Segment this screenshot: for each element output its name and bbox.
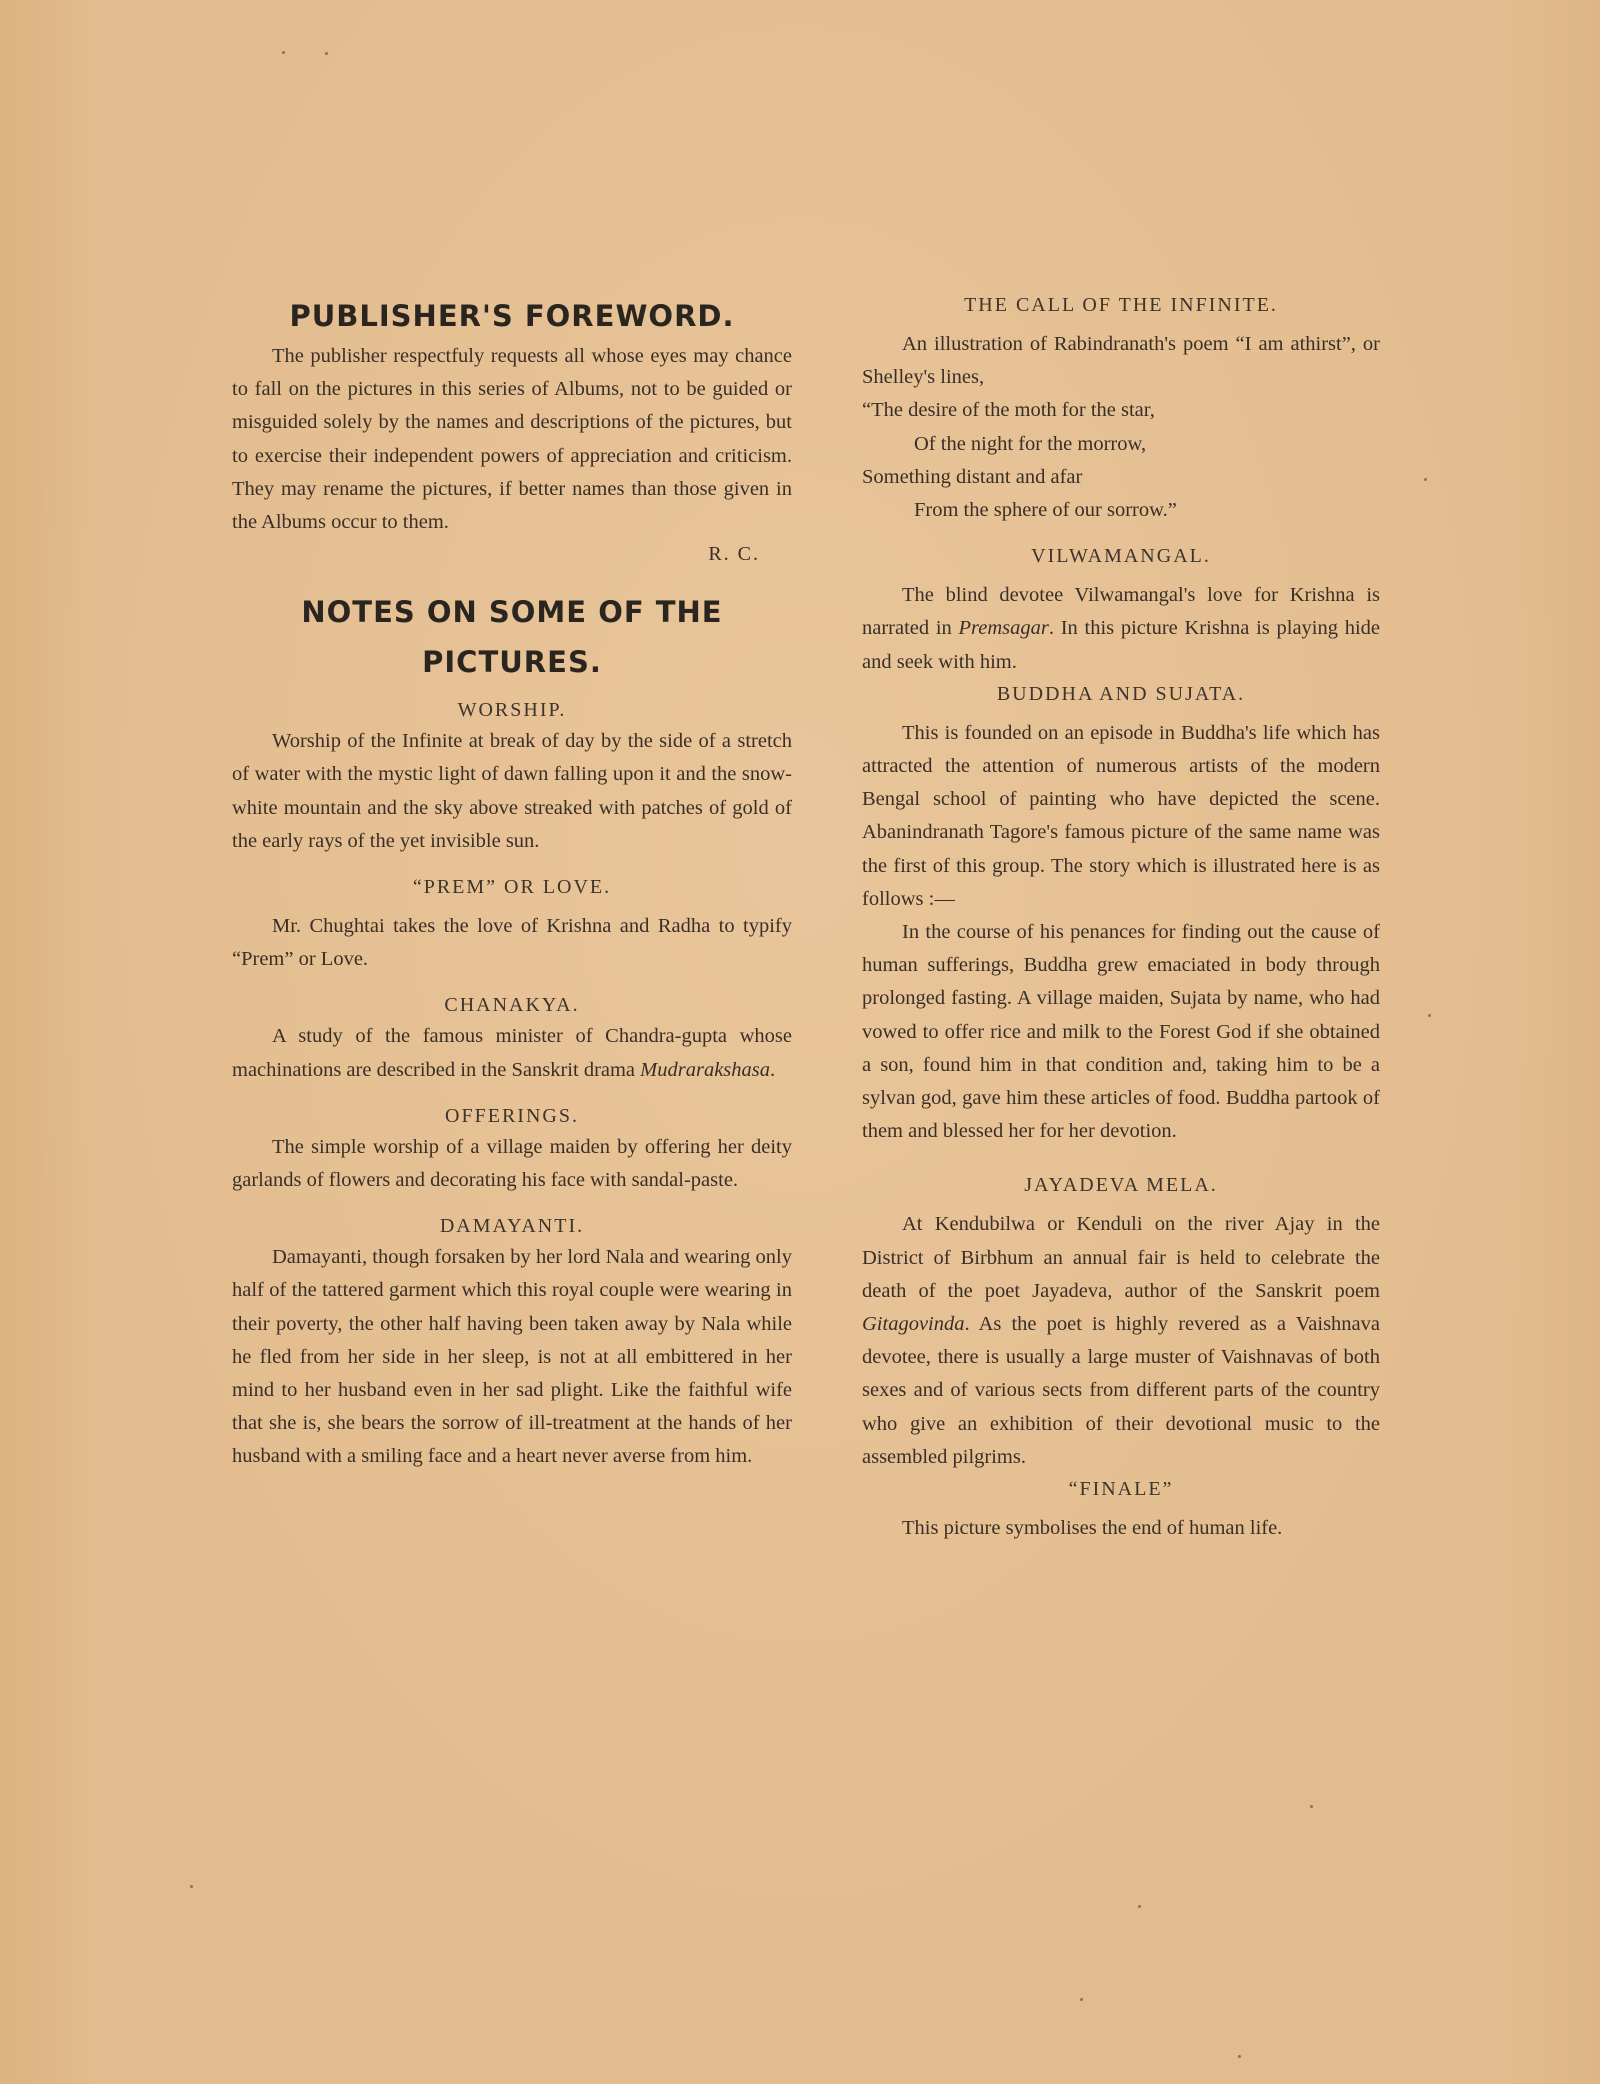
- poem-line: From the sphere of our sorrow.”: [862, 494, 1380, 527]
- section-text-prem: Mr. Chughtai takes the love of Krishna a…: [232, 910, 792, 976]
- section-text-buddha-2: In the course of his penances for findin…: [862, 916, 1380, 1148]
- italic-title: Gitagovinda: [862, 1313, 965, 1335]
- section-text-call: An illustration of Rabindranath's poem “…: [862, 328, 1380, 394]
- section-title-jayadeva: JAYADEVA MELA.: [862, 1170, 1380, 1200]
- section-title-buddha: BUDDHA AND SUJATA.: [862, 679, 1380, 709]
- text-run: At Kendubilwa or Kenduli on the river Aj…: [862, 1213, 1380, 1301]
- poem-line: “The desire of the moth for the star,: [862, 394, 1380, 427]
- paper-speck: [1138, 1905, 1141, 1908]
- section-text-damayanti: Damayanti, though forsaken by her lord N…: [232, 1241, 792, 1473]
- section-title-prem: “PREM” OR LOVE.: [232, 872, 792, 902]
- paper-speck: [1080, 1998, 1083, 2001]
- italic-title: Premsagar: [959, 617, 1049, 639]
- section-text-buddha-1: This is founded on an episode in Buddha'…: [862, 717, 1380, 916]
- section-title-vilwamangal: VILWAMANGAL.: [862, 541, 1380, 571]
- paper-speck: [190, 1885, 193, 1888]
- poem-quote: “The desire of the moth for the star, Of…: [862, 394, 1380, 527]
- foreword-text: The publisher respectfuly requests all w…: [232, 340, 792, 539]
- paper-speck: [282, 51, 285, 54]
- paper-speck: [1424, 478, 1427, 481]
- section-title-worship: WORSHIP.: [232, 695, 792, 725]
- section-title-offerings: OFFERINGS.: [232, 1101, 792, 1131]
- left-column: PUBLISHER'S FOREWORD. The publisher resp…: [232, 290, 792, 1474]
- document-page: PUBLISHER'S FOREWORD. The publisher resp…: [0, 0, 1600, 2084]
- poem-line: Of the night for the morrow,: [862, 428, 1380, 461]
- section-text-worship: Worship of the Infinite at break of day …: [232, 725, 792, 858]
- section-title-finale: “FINALE”: [862, 1474, 1380, 1504]
- text-run: . As the poet is highly revered as a Vai…: [862, 1313, 1380, 1468]
- paper-speck: [325, 52, 328, 55]
- foreword-signature: R. C.: [232, 539, 792, 569]
- paper-speck: [1428, 1014, 1431, 1017]
- section-text-offerings: The simple worship of a village maiden b…: [232, 1131, 792, 1197]
- section-text-vilwamangal: The blind devotee Vilwamangal's love for…: [862, 579, 1380, 679]
- italic-title: Mudrarakshasa: [640, 1059, 770, 1081]
- right-column: THE CALL OF THE INFINITE. An illustratio…: [862, 290, 1380, 1545]
- paper-speck: [1238, 2055, 1241, 2058]
- section-text-jayadeva: At Kendubilwa or Kenduli on the river Aj…: [862, 1208, 1380, 1474]
- poem-line: Something distant and afar: [862, 461, 1380, 494]
- section-text-finale: This picture symbolises the end of human…: [862, 1512, 1380, 1545]
- notes-heading: NOTES ON SOME OF THE PICTURES.: [232, 587, 792, 687]
- section-title-chanakya: CHANAKYA.: [232, 990, 792, 1020]
- text-run: .: [770, 1059, 775, 1081]
- paper-speck: [1310, 1805, 1313, 1808]
- section-title-damayanti: DAMAYANTI.: [232, 1211, 792, 1241]
- section-text-chanakya: A study of the famous minister of Chandr…: [232, 1020, 792, 1086]
- foreword-heading: PUBLISHER'S FOREWORD.: [232, 294, 792, 338]
- section-title-call: THE CALL OF THE INFINITE.: [862, 290, 1380, 320]
